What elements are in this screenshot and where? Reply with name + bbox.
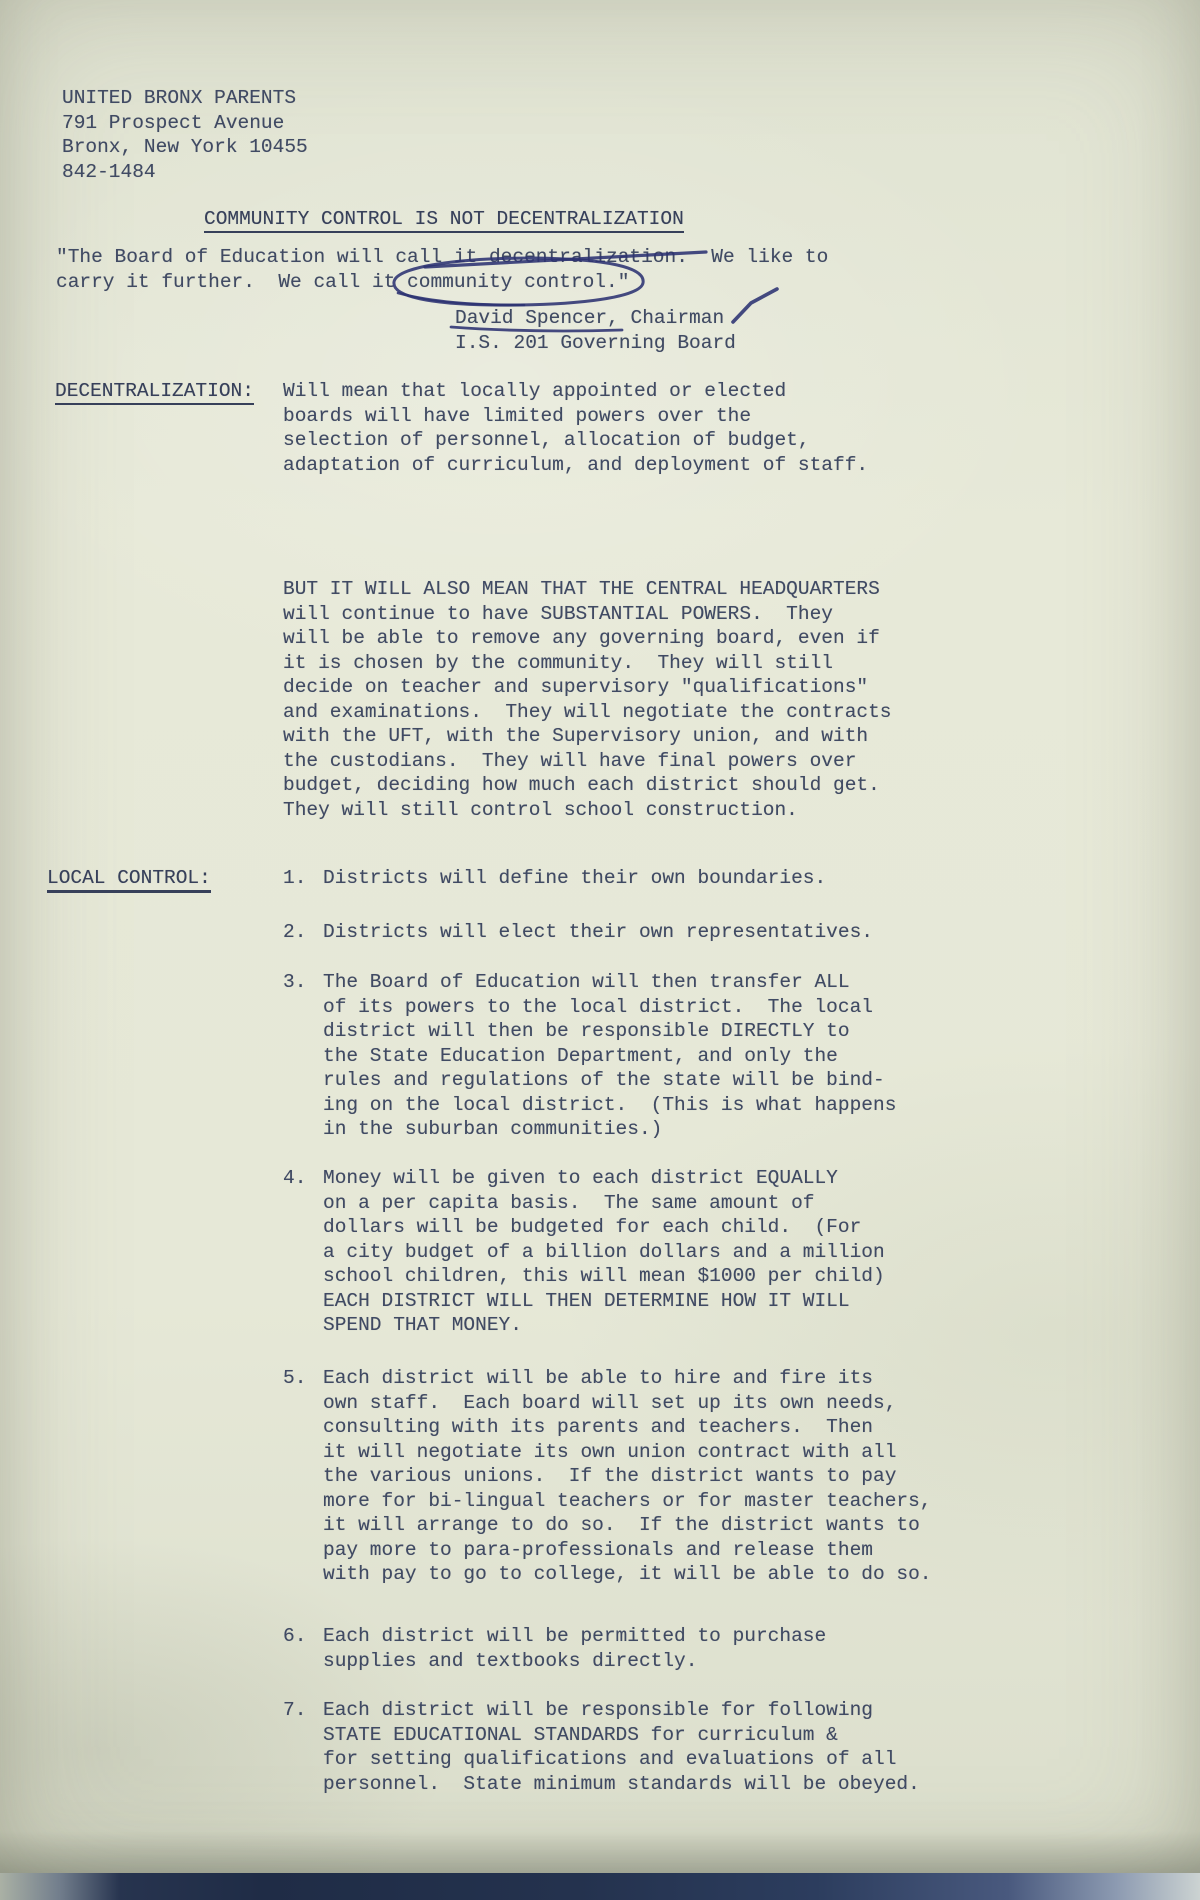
document-title: COMMUNITY CONTROL IS NOT DECENTRALIZATIO… [204, 207, 684, 232]
local-control-item-1: 1. Districts will define their own bound… [283, 866, 826, 891]
item-number: 3. [283, 970, 323, 1142]
title-text: COMMUNITY CONTROL IS NOT DECENTRALIZATIO… [204, 208, 684, 233]
item-number: 4. [283, 1166, 323, 1338]
item-text: Each district will be responsible for fo… [323, 1698, 920, 1796]
attribution-org: I.S. 201 Governing Board [455, 332, 736, 354]
quote-paragraph: "The Board of Education will call it dec… [56, 245, 828, 294]
pen-circle-overstroke [398, 293, 524, 305]
item-number: 5. [283, 1366, 323, 1587]
item-text: Each district will be permitted to purch… [323, 1624, 826, 1673]
local-control-item-7: 7. Each district will be responsible for… [283, 1698, 920, 1796]
photo-bottom-edge [0, 1873, 1200, 1900]
item-text: Each district will be able to hire and f… [323, 1366, 932, 1587]
local-control-item-2: 2. Districts will elect their own repres… [283, 920, 873, 945]
attribution-role: Chairman [619, 307, 724, 329]
item-text: Districts will define their own boundari… [323, 866, 826, 891]
local-control-item-4: 4. Money will be given to each district … [283, 1166, 885, 1338]
local-control-item-3: 3. The Board of Education will then tran… [283, 970, 896, 1142]
attribution: David Spencer, Chairman I.S. 201 Governi… [455, 306, 736, 355]
decentralization-paragraph-2: BUT IT WILL ALSO MEAN THAT THE CENTRAL H… [283, 577, 892, 822]
document-paper: UNITED BRONX PARENTS 791 Prospect Avenue… [0, 0, 1200, 1900]
item-number: 2. [283, 920, 323, 945]
item-number: 6. [283, 1624, 323, 1673]
local-control-item-6: 6. Each district will be permitted to pu… [283, 1624, 826, 1673]
decentralization-paragraph-1: Will mean that locally appointed or elec… [283, 379, 868, 477]
section-label-decentralization: DECENTRALIZATION: [55, 379, 254, 404]
paper-bottom-shadow [0, 1831, 1200, 1873]
section-label-local-control: LOCAL CONTROL: [47, 866, 211, 891]
item-text: Districts will elect their own represent… [323, 920, 873, 945]
item-text: The Board of Education will then transfe… [323, 970, 896, 1142]
local-control-item-5: 5. Each district will be able to hire an… [283, 1366, 932, 1587]
item-text: Money will be given to each district EQU… [323, 1166, 885, 1338]
item-number: 7. [283, 1698, 323, 1796]
item-number: 1. [283, 866, 323, 891]
letterhead: UNITED BRONX PARENTS 791 Prospect Avenue… [62, 86, 308, 184]
attribution-name: David Spencer, [455, 307, 619, 329]
